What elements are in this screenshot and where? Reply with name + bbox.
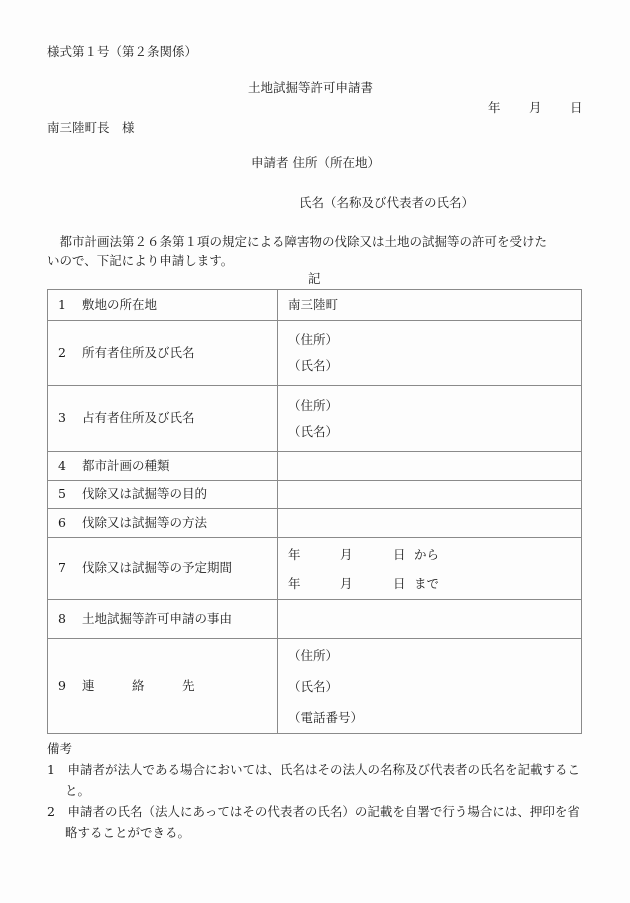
applicant-name-label: 氏名（名称及び代表者の氏名） <box>299 197 474 210</box>
table-row: 7伐除又は試掘等の予定期間 年月日から 年月日まで <box>48 538 582 600</box>
owner-field[interactable]: （住所） （氏名） <box>278 321 582 386</box>
purpose-field[interactable] <box>278 481 582 509</box>
planned-period-field[interactable]: 年月日から 年月日まで <box>278 538 582 600</box>
table-row: 2所有者住所及び氏名 （住所） （氏名） <box>48 321 582 386</box>
row-label: 8土地試掘等許可申請の事由 <box>48 600 278 639</box>
ki-heading: 記 <box>308 273 321 286</box>
table-row: 5伐除又は試掘等の目的 <box>48 481 582 509</box>
document-title: 土地試掘等許可申請書 <box>248 82 373 95</box>
period-to: 年月日まで <box>288 569 581 598</box>
note-item: 2 申請者の氏名（法人にあってはその代表者の氏名）の記載を自署で行う場合には、押… <box>47 801 587 843</box>
table-row: 1敷地の所在地 南三陸町 <box>48 290 582 321</box>
body-text-line2: いので、下記により申請します。 <box>47 255 233 268</box>
row-label: 2所有者住所及び氏名 <box>48 321 278 386</box>
notes-heading: 備考 <box>47 738 587 759</box>
reason-field[interactable] <box>278 600 582 639</box>
row-label: 3占有者住所及び氏名 <box>48 386 278 452</box>
table-row: 4都市計画の種類 <box>48 452 582 481</box>
row-label: 7伐除又は試掘等の予定期間 <box>48 538 278 600</box>
body-text-line1: 都市計画法第２６条第１項の規定による障害物の伐除又は土地の試掘等の許可を受けた <box>47 236 547 249</box>
occupant-name-label: （氏名） <box>288 419 581 445</box>
occupant-address-label: （住所） <box>288 393 581 419</box>
contact-phone-label: （電話番号） <box>288 702 581 733</box>
period-from: 年月日から <box>288 540 581 569</box>
owner-address-label: （住所） <box>288 327 581 353</box>
table-row: 3占有者住所及び氏名 （住所） （氏名） <box>48 386 582 452</box>
row-label: 9連 絡 先 <box>48 639 278 734</box>
note-item: 1 申請者が法人である場合においては、氏名はその法人の名称及び代表者の氏名を記載… <box>47 759 587 801</box>
table-row: 6伐除又は試掘等の方法 <box>48 509 582 538</box>
applicant-address-label: 申請者 住所（所在地） <box>251 157 380 170</box>
owner-name-label: （氏名） <box>288 353 581 379</box>
contact-name-label: （氏名） <box>288 671 581 702</box>
contact-address-label: （住所） <box>288 640 581 671</box>
addressee: 南三陸町長 様 <box>47 122 135 135</box>
date-month-label: 月 <box>529 102 542 115</box>
method-field[interactable] <box>278 509 582 538</box>
table-row: 9連 絡 先 （住所） （氏名） （電話番号） <box>48 639 582 734</box>
occupant-field[interactable]: （住所） （氏名） <box>278 386 582 452</box>
application-table: 1敷地の所在地 南三陸町 2所有者住所及び氏名 （住所） （氏名） 3占有者住所… <box>47 289 582 734</box>
notes-section: 備考 1 申請者が法人である場合においては、氏名はその法人の名称及び代表者の氏名… <box>47 738 587 843</box>
row-label: 4都市計画の種類 <box>48 452 278 481</box>
city-plan-type-field[interactable] <box>278 452 582 481</box>
row-label: 5伐除又は試掘等の目的 <box>48 481 278 509</box>
date-day-label: 日 <box>570 102 583 115</box>
table-row: 8土地試掘等許可申請の事由 <box>48 600 582 639</box>
date-year-label: 年 <box>488 102 501 115</box>
row-label: 1敷地の所在地 <box>48 290 278 321</box>
form-number: 様式第１号（第２条関係） <box>47 46 197 59</box>
site-location-field[interactable]: 南三陸町 <box>278 290 582 321</box>
row-label: 6伐除又は試掘等の方法 <box>48 509 278 538</box>
contact-field[interactable]: （住所） （氏名） （電話番号） <box>278 639 582 734</box>
